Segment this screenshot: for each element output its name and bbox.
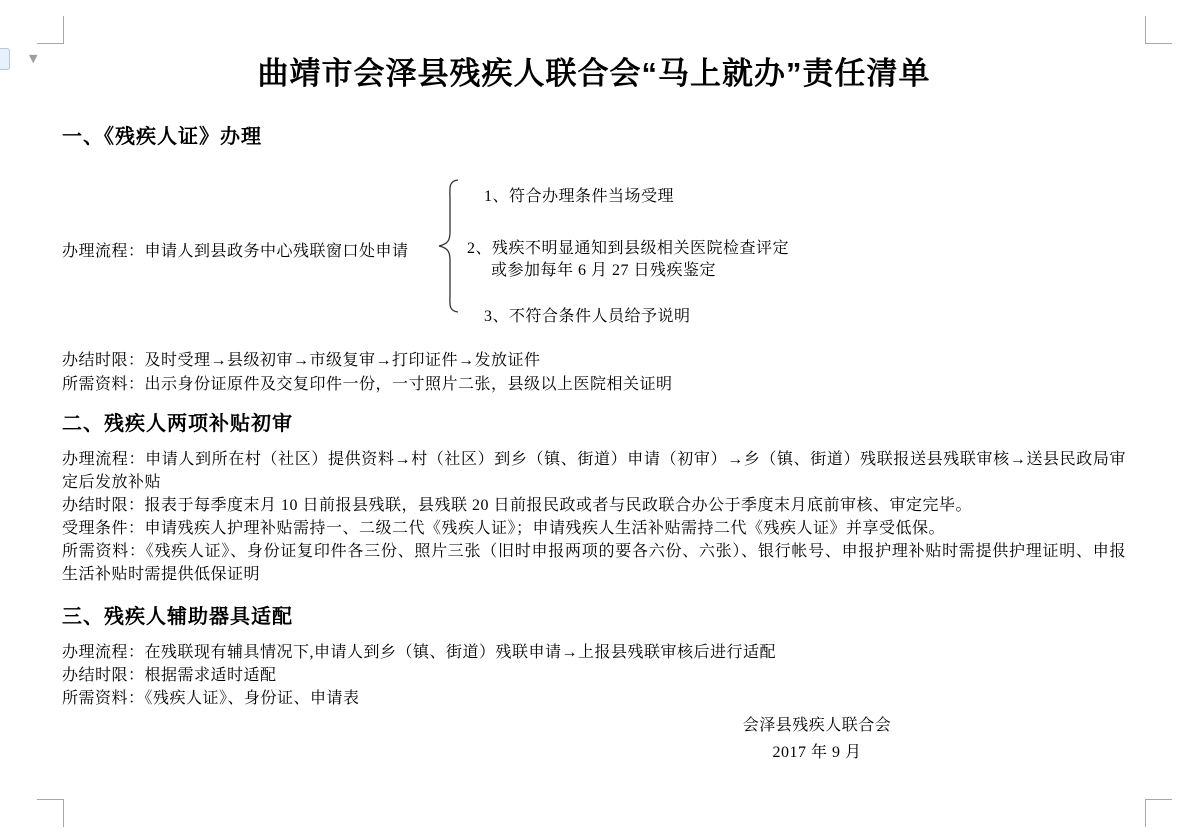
page-title: 曲靖市会泽县残疾人联合会“马上就办”责任清单 bbox=[0, 48, 1188, 93]
section1-deadline: 办结时限：及时受理→县级初审→市级复审→打印证件→发放证件 bbox=[62, 350, 541, 372]
crop-mark-top-right-icon bbox=[1145, 16, 1172, 44]
flow-branch-3: 3、不符合条件人员给予说明 bbox=[484, 306, 691, 328]
section2-conditions: 受理条件：申请残疾人护理补贴需持一、二级二代《残疾人证》；申请残疾人生活补贴需持… bbox=[62, 517, 1126, 540]
document-page: ▼ 曲靖市会泽县残疾人联合会“马上就办”责任清单 一、《残疾人证》办理 办理流程… bbox=[0, 0, 1188, 834]
section3-process: 办理流程：在残联现有辅具情况下,申请人到乡（镇、街道）残联申请→上报县残联审核后… bbox=[62, 642, 776, 664]
flow-branch-2-line2: 或参加每年 6 月 27 日残疾鉴定 bbox=[467, 260, 789, 282]
section1-heading: 一、《残疾人证》办理 bbox=[62, 120, 262, 149]
signature-date: 2017 年 9 月 bbox=[517, 739, 1117, 766]
crop-mark-top-left-icon bbox=[37, 16, 64, 44]
signature-block: 会泽县残疾人联合会 2017 年 9 月 bbox=[517, 712, 1117, 766]
section3-materials: 所需资料：《残疾人证》、身份证、申请表 bbox=[62, 688, 360, 710]
signature-org: 会泽县残疾人联合会 bbox=[517, 712, 1117, 739]
flow-branch-2-line1: 2、残疾不明显通知到县级相关医院检查评定 bbox=[467, 240, 789, 257]
section3-heading: 三、残疾人辅助器具适配 bbox=[62, 600, 293, 629]
section2-heading: 二、残疾人两项补贴初审 bbox=[62, 407, 293, 436]
section2-deadline: 办结时限：报表于每季度末月 10 日前报县残联，县残联 20 日前报民政或者与民… bbox=[62, 494, 1126, 517]
section1-materials: 所需资料：出示身份证原件及交复印件一份，一寸照片二张，县级以上医院相关证明 bbox=[62, 374, 673, 396]
flow-branch-1: 1、符合办理条件当场受理 bbox=[484, 186, 674, 208]
section1-flow-label: 办理流程：申请人到县政务中心残联窗口处申请 bbox=[62, 238, 409, 261]
section2-process: 办理流程：申请人到所在村（社区）提供资料→村（社区）到乡（镇、街道）申请（初审）… bbox=[62, 448, 1126, 494]
crop-mark-bottom-left-icon bbox=[37, 799, 64, 827]
section2-materials: 所需资料：《残疾人证》、身份证复印件各三份、照片三张（旧时申报两项的要各六份、六… bbox=[62, 540, 1126, 586]
section3-deadline: 办结时限：根据需求适时适配 bbox=[62, 665, 277, 687]
flow-brace-icon bbox=[435, 178, 461, 314]
flow-branch-2: 2、残疾不明显通知到县级相关医院检查评定 或参加每年 6 月 27 日残疾鉴定 bbox=[467, 238, 789, 282]
crop-mark-bottom-right-icon bbox=[1145, 799, 1172, 827]
